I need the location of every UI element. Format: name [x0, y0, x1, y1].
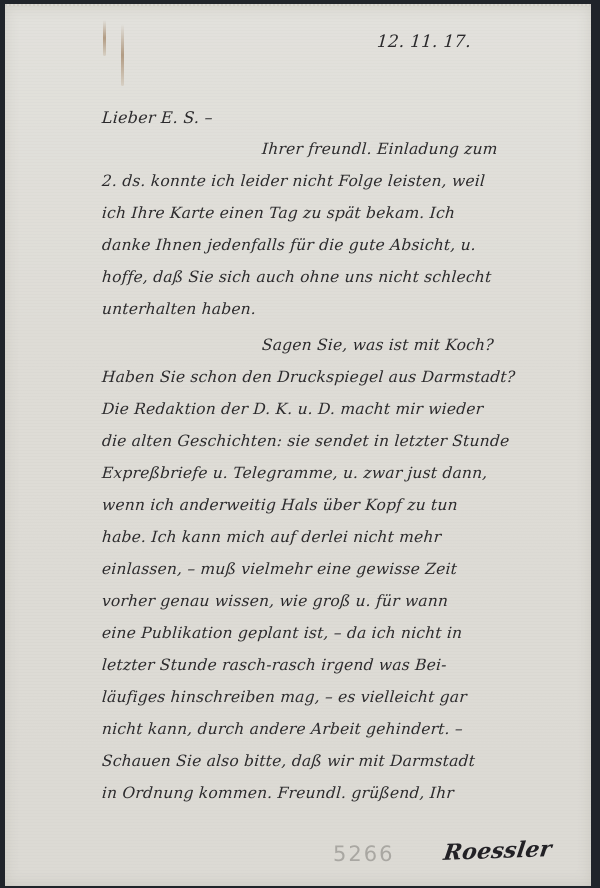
letter-line: Haben Sie schon den Druckspiegel aus Dar…	[101, 368, 516, 386]
letter-line: nicht kann, durch andere Arbeit gehinder…	[101, 720, 463, 738]
letter-line: hoffe, daß Sie sich auch ohne uns nicht …	[101, 268, 492, 286]
letter-line: Schauen Sie also bitte, daß wir mit Darm…	[101, 752, 475, 770]
letter-date: 12. 11. 17.	[376, 32, 472, 52]
letter-line: Expreßbriefe u. Telegramme, u. zwar just…	[101, 464, 488, 482]
letter-line: wenn ich anderweitig Hals über Kopf zu t…	[101, 496, 458, 514]
letter-line: läufiges hinschreiben mag, – es vielleic…	[101, 688, 467, 706]
letter-line: eine Publikation geplant ist, – da ich n…	[101, 624, 463, 642]
letter-salutation: Lieber E. S. –	[101, 108, 213, 127]
paper-stain	[121, 24, 124, 86]
letter-line: danke Ihnen jedenfalls für die gute Absi…	[101, 236, 476, 254]
letter-signature: Roessler	[442, 836, 554, 866]
letter-line: unterhalten haben.	[101, 300, 256, 318]
letter-line: 2. ds. konnte ich leider nicht Folge lei…	[101, 172, 485, 190]
letter-line: letzter Stunde rasch-rasch irgend was Be…	[101, 656, 447, 674]
letter-line: ich Ihre Karte einen Tag zu spät bekam. …	[101, 204, 455, 222]
letter-line: einlassen, – muß vielmehr eine gewisse Z…	[101, 560, 457, 578]
letter-line: Sagen Sie, was ist mit Koch?	[261, 336, 494, 354]
letter-line: Die Redaktion der D. K. u. D. macht mir …	[101, 400, 484, 418]
letter-line: Ihrer freundl. Einladung zum	[261, 140, 498, 158]
letter-line: in Ordnung kommen. Freundl. grüßend, Ihr	[101, 784, 454, 802]
letter-line: habe. Ich kann mich auf derlei nicht meh…	[101, 528, 442, 546]
letter-line: die alten Geschichten: sie sendet in let…	[101, 432, 510, 450]
archive-number: 5266	[333, 842, 394, 866]
paper-stain	[103, 20, 106, 56]
scan-background: 12. 11. 17. Lieber E. S. – Ihrer freundl…	[0, 0, 600, 888]
letter-line: vorher genau wissen, wie groß u. für wan…	[101, 592, 448, 610]
